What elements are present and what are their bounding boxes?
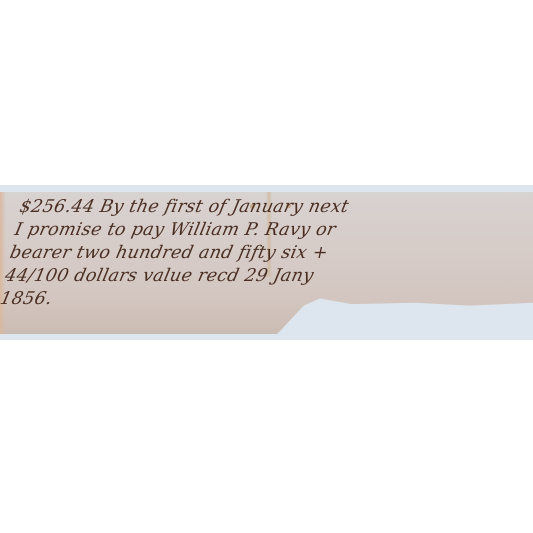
note-line-promise: I promise to pay William P. Ravy or bbox=[12, 219, 533, 242]
note-line-amount: $256.44 By the first of January next bbox=[17, 196, 533, 219]
note-line-year: 1856. bbox=[0, 288, 523, 311]
note-line-sum: bearer two hundred and fifty six + bbox=[8, 242, 533, 265]
handwritten-text: $256.44 By the first of January next I p… bbox=[0, 196, 533, 311]
note-line-value: 44/100 dollars value recd 29 Jany bbox=[3, 265, 528, 288]
